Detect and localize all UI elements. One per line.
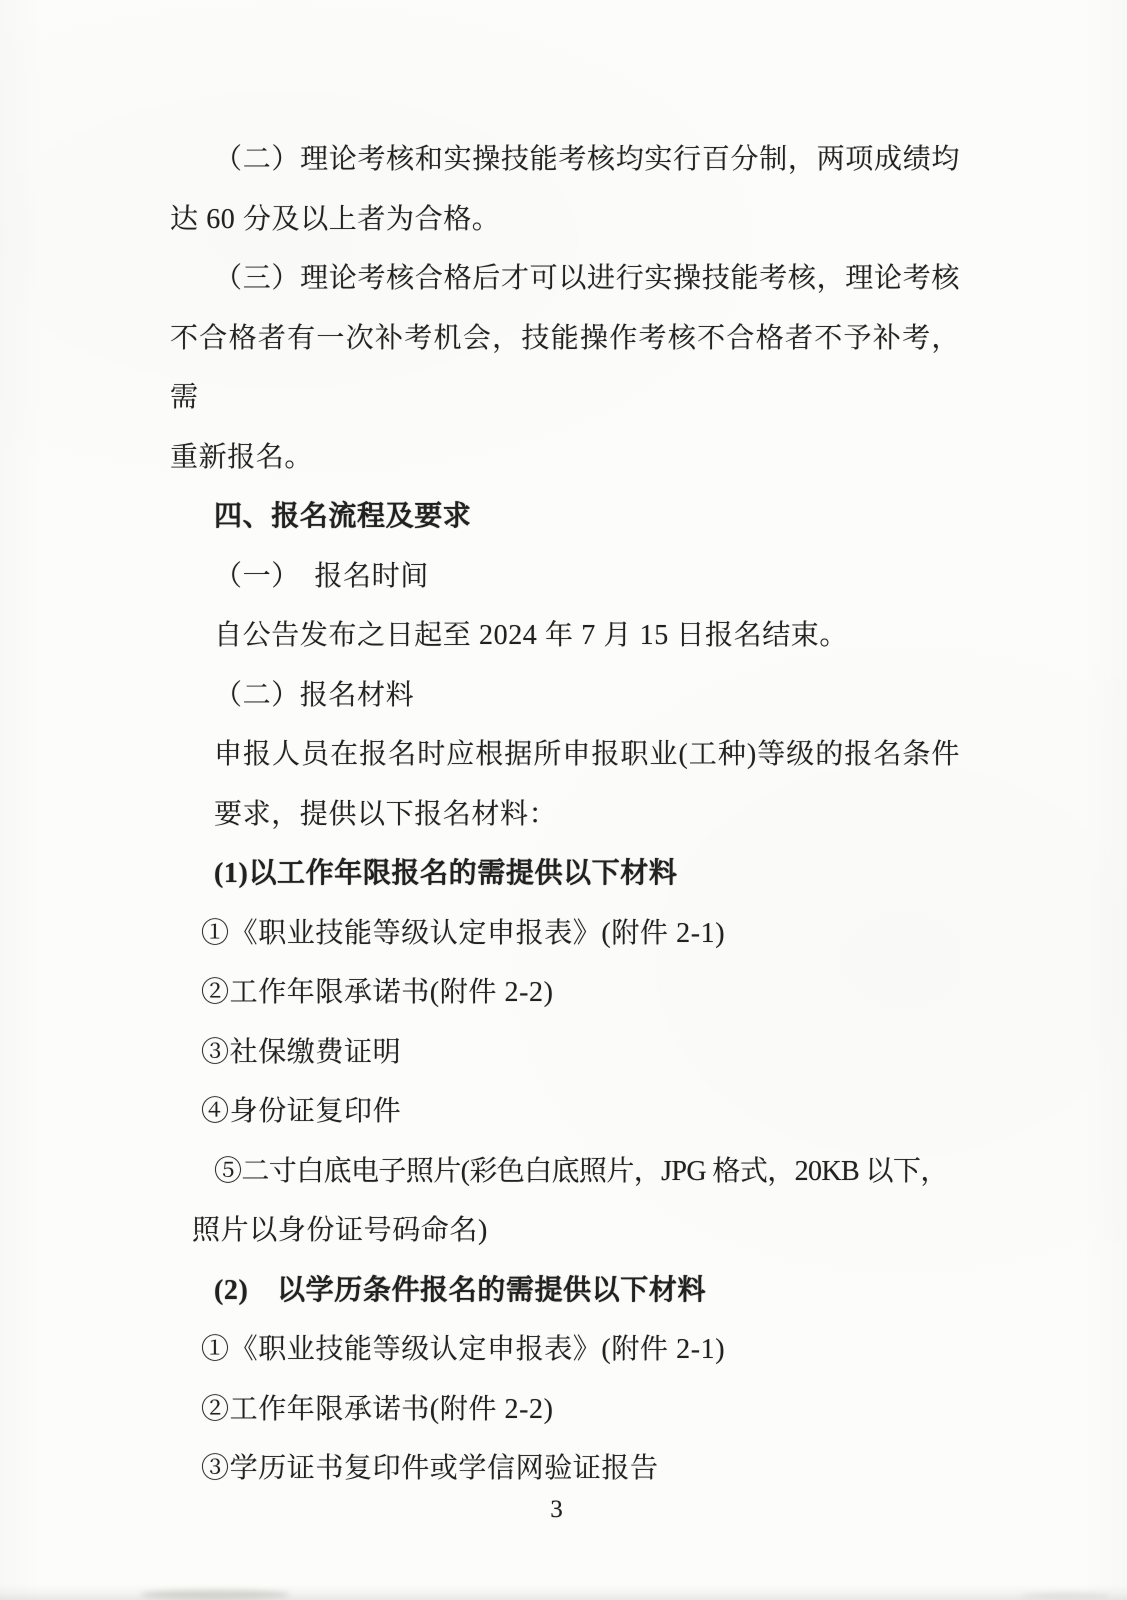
text-line: 重新报名。 [170, 428, 960, 488]
page-number: 3 [0, 1496, 1113, 1524]
text-line: （二）理论考核和实操技能考核均实行百分制，两项成绩均 [170, 130, 960, 190]
text-line: ②工作年限承诺书(附件 2-2) [170, 963, 960, 1023]
text-line: 四、报名流程及要求 [170, 487, 960, 547]
text-line: ②工作年限承诺书(附件 2-2) [170, 1380, 960, 1440]
scan-bottom-edge-shadow [0, 1584, 1127, 1600]
text-line: (1)以工作年限报名的需提供以下材料 [170, 844, 960, 904]
text-line: 要求，提供以下报名材料： [170, 785, 960, 845]
scanned-document-page: （二）理论考核和实操技能考核均实行百分制，两项成绩均达 60 分及以上者为合格。… [0, 0, 1127, 1600]
text-line: (2) 以学历条件报名的需提供以下材料 [170, 1261, 960, 1321]
text-line: ①《职业技能等级认定申报表》(附件 2-1) [170, 1320, 960, 1380]
text-line: （一） 报名时间 [170, 547, 960, 607]
text-line: ⑤二寸白底电子照片(彩色白底照片，JPG 格式，20KB 以下， [170, 1142, 960, 1202]
text-line: ①《职业技能等级认定申报表》(附件 2-1) [170, 904, 960, 964]
text-line: ④身份证复印件 [170, 1082, 960, 1142]
text-line: 达 60 分及以上者为合格。 [170, 190, 960, 250]
text-line: 自公告发布之日起至 2024 年 7 月 15 日报名结束。 [170, 606, 960, 666]
text-line: （三）理论考核合格后才可以进行实操技能考核，理论考核 [170, 249, 960, 309]
text-line: （二）报名材料 [170, 666, 960, 726]
text-line: 不合格者有一次补考机会，技能操作考核不合格者不予补考，需 [170, 309, 960, 428]
text-line: ③学历证书复印件或学信网验证报告 [170, 1439, 960, 1499]
text-line: 照片以身份证号码命名) [170, 1201, 960, 1261]
text-line: 申报人员在报名时应根据所申报职业(工种)等级的报名条件 [170, 725, 960, 785]
document-body: （二）理论考核和实操技能考核均实行百分制，两项成绩均达 60 分及以上者为合格。… [170, 130, 960, 1499]
text-line: ③社保缴费证明 [170, 1023, 960, 1083]
